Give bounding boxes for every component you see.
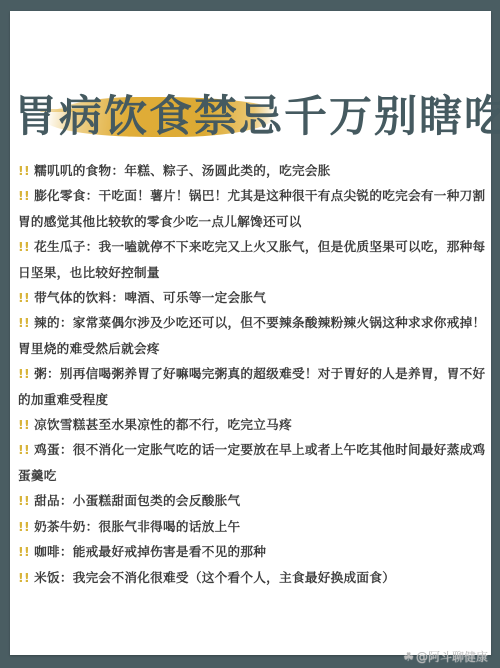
list-item-text: 蛋羹吃 (18, 468, 57, 483)
list-item: !!粥：别再信喝粥养胃了好嘛喝完粥真的超级难受！对于胃好的人是养胃，胃不好 (18, 361, 486, 386)
list-item-text: 的加重难受程度 (18, 392, 108, 407)
double-exclamation-icon: !! (18, 417, 30, 432)
list-item-continuation: 蛋羹吃 (18, 463, 486, 488)
list-item-text: 糯叽叽的食物：年糕、粽子、汤圆此类的，吃完会胀 (34, 163, 331, 178)
double-exclamation-icon: !! (18, 519, 30, 534)
list-item: !!奶茶牛奶：很胀气非得喝的话放上午 (18, 514, 486, 539)
list-item-text: 胃里烧的难受然后就会疼 (18, 341, 160, 356)
list-item: !!糯叽叽的食物：年糕、粽子、汤圆此类的，吃完会胀 (18, 158, 486, 183)
list-item-text: 胃的感觉其他比较软的零食少吃一点儿解馋还可以 (18, 214, 302, 229)
double-exclamation-icon: !! (18, 315, 30, 330)
double-exclamation-icon: !! (18, 290, 30, 305)
content-panel: 胃病饮食禁忌千万别瞎吃 !!糯叽叽的食物：年糕、粽子、汤圆此类的，吃完会胀!!膨… (10, 11, 491, 655)
page-title: 胃病饮食禁忌千万别瞎吃 (14, 89, 490, 145)
list-item-continuation: 日坚果，也比较好控制量 (18, 260, 486, 285)
double-exclamation-icon: !! (18, 239, 30, 254)
double-exclamation-icon: !! (18, 188, 30, 203)
list-item-text: 奶茶牛奶：很胀气非得喝的话放上午 (34, 519, 240, 534)
list-item: !!辣的：家常菜偶尔涉及少吃还可以，但不要辣条酸辣粉辣火锅这种求求你戒掉！ (18, 310, 486, 335)
double-exclamation-icon: !! (18, 163, 30, 178)
list-item-text: 花生瓜子：我一嗑就停不下来吃完又上火又胀气，但是优质坚果可以吃，那种每 (34, 239, 485, 254)
list-item: !!膨化零食：干吃面！薯片！锅巴！尤其是这种很干有点尖锐的吃完会有一种刀割 (18, 183, 486, 208)
list-item-text: 米饭：我完会不消化很难受（这个看个人，主食最好换成面食） (34, 570, 395, 585)
list-item-text: 凉饮雪糕甚至水果凉性的都不行，吃完立马疼 (34, 417, 292, 432)
double-exclamation-icon: !! (18, 493, 30, 508)
double-exclamation-icon: !! (18, 442, 30, 457)
food-taboo-list: !!糯叽叽的食物：年糕、粽子、汤圆此类的，吃完会胀!!膨化零食：干吃面！薯片！锅… (18, 158, 486, 590)
double-exclamation-icon: !! (18, 544, 30, 559)
list-item: !!米饭：我完会不消化很难受（这个看个人，主食最好换成面食） (18, 565, 486, 590)
list-item-continuation: 胃的感觉其他比较软的零食少吃一点儿解馋还可以 (18, 209, 486, 234)
double-exclamation-icon: !! (18, 570, 30, 585)
list-item-text: 膨化零食：干吃面！薯片！锅巴！尤其是这种很干有点尖锐的吃完会有一种刀割 (34, 188, 485, 203)
list-item: !!鸡蛋：很不消化一定胀气吃的话一定要放在早上或者上午吃其他时间最好蒸成鸡 (18, 437, 486, 462)
list-item-text: 甜品：小蛋糕甜面包类的会反酸胀气 (34, 493, 240, 508)
list-item-text: 日坚果，也比较好控制量 (18, 265, 160, 280)
list-item-text: 辣的：家常菜偶尔涉及少吃还可以，但不要辣条酸辣粉辣火锅这种求求你戒掉！ (34, 315, 485, 330)
list-item: !!甜品：小蛋糕甜面包类的会反酸胀气 (18, 488, 486, 513)
list-item: !!花生瓜子：我一嗑就停不下来吃完又上火又胀气，但是优质坚果可以吃，那种每 (18, 234, 486, 259)
paw-icon: ☘ (403, 650, 414, 664)
title-block: 胃病饮食禁忌千万别瞎吃 (10, 87, 491, 147)
list-item-continuation: 胃里烧的难受然后就会疼 (18, 336, 486, 361)
double-exclamation-icon: !! (18, 366, 30, 381)
list-item-text: 粥：别再信喝粥养胃了好嘛喝完粥真的超级难受！对于胃好的人是养胃，胃不好 (34, 366, 485, 381)
list-item-text: 鸡蛋：很不消化一定胀气吃的话一定要放在早上或者上午吃其他时间最好蒸成鸡 (34, 442, 485, 457)
list-item-text: 带气体的饮料：啤酒、可乐等一定会胀气 (34, 290, 266, 305)
list-item: !!咖啡：能戒最好戒掉伤害是看不见的那种 (18, 539, 486, 564)
list-item-continuation: 的加重难受程度 (18, 387, 486, 412)
list-item: !!凉饮雪糕甚至水果凉性的都不行，吃完立马疼 (18, 412, 486, 437)
list-item: !!带气体的饮料：啤酒、可乐等一定会胀气 (18, 285, 486, 310)
watermark-text: @阿斗聊健康 (416, 650, 488, 664)
watermark: ☘@阿斗聊健康 (403, 648, 488, 665)
list-item-text: 咖啡：能戒最好戒掉伤害是看不见的那种 (34, 544, 266, 559)
